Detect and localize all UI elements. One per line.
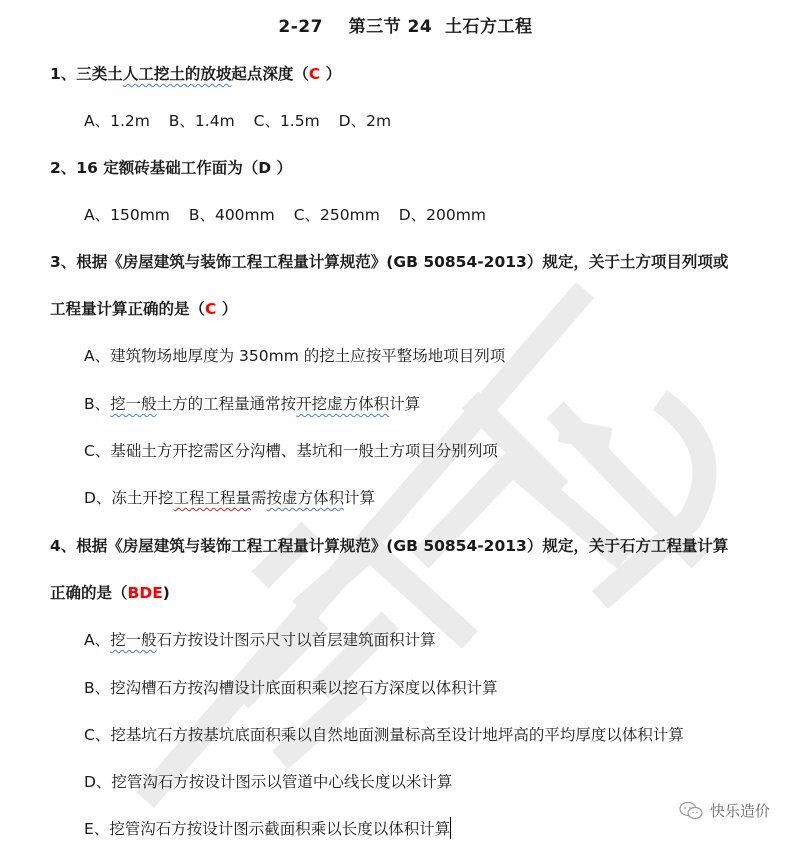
option-b: B、1.4m <box>169 112 235 130</box>
wechat-icon <box>678 801 704 821</box>
option-text: 土方的工程量通常按 <box>157 395 297 413</box>
question-2-options: A、150mm B、400mm C、250mm D、200mm <box>84 203 500 225</box>
stem-suffix: ） <box>216 300 237 318</box>
spellcheck-text: 开挖虚方体积 <box>296 395 389 413</box>
question-4-option-d: D、挖管沟石方按设计图示以管道中心线长度以米计算 <box>84 770 452 792</box>
stem-suffix: ） <box>320 65 341 83</box>
text-cursor <box>450 817 451 839</box>
answer-badge: BDE <box>128 584 163 602</box>
option-a: A、1.2m <box>84 112 150 130</box>
option-text: E、挖管沟石方按设计图示截面积乘以长度以体积计算 <box>84 820 450 838</box>
question-1-options: A、1.2m B、1.4m C、1.5m D、2m <box>84 109 405 131</box>
stem-text: 工程量计算正确的是（ <box>50 300 205 318</box>
question-3-option-c: C、基础土方开挖需区分沟槽、基坑和一般土方项目分别列项 <box>84 439 498 461</box>
page-title: 2-27 第三节 24 土石方工程 <box>0 12 811 37</box>
question-number: 3、 <box>50 253 76 271</box>
option-d: D、2m <box>339 112 391 130</box>
question-4-option-e[interactable]: E、挖管沟石方按设计图示截面积乘以长度以体积计算 <box>84 817 451 839</box>
option-a: A、150mm <box>84 206 170 224</box>
brand-watermark: 快乐造价 <box>678 800 770 821</box>
question-number: 1、 <box>50 65 76 83</box>
option-c: C、250mm <box>294 206 380 224</box>
option-text: 计算 <box>389 395 420 413</box>
stem-text: 根据《房屋建筑与装饰工程工程量计算规范》(GB 50854-2013）规定，关于… <box>76 537 728 555</box>
spellcheck-text: 按虚方体积 <box>266 489 344 507</box>
question-3-line-1: 3、根据《房屋建筑与装饰工程工程量计算规范》(GB 50854-2013）规定，… <box>50 250 728 272</box>
question-1: 1、三类土人工挖土的放坡起点深度（C ） <box>50 62 341 84</box>
brand-label: 快乐造价 <box>710 800 770 821</box>
question-4-option-b: B、挖沟槽石方按沟槽设计底面积乘以挖石方深度以体积计算 <box>84 676 498 698</box>
spellcheck-text: 挖一般 <box>110 631 157 649</box>
question-2: 2、16 定额砖基础工作面为（D ） <box>50 156 292 178</box>
stem-text: 16 定额砖基础工作面为（D ） <box>76 159 292 177</box>
option-text: A、 <box>84 631 110 649</box>
option-d: D、200mm <box>399 206 486 224</box>
stem-text-spellcheck: 人工挖土的放坡 <box>123 65 232 83</box>
answer-badge: C <box>205 300 216 318</box>
question-4-option-a: A、挖一般石方按设计图示尺寸以首层建筑面积计算 <box>84 628 436 650</box>
stem-text: 起点深度（ <box>231 65 309 83</box>
spellcheck-text: 工程工程量 <box>173 489 251 507</box>
option-text: 计算 <box>344 489 375 507</box>
option-text: 石方按设计图示尺寸以首层建筑面积计算 <box>157 631 436 649</box>
stem-text: 三类土 <box>76 65 123 83</box>
answer-badge: C <box>309 65 320 83</box>
stem-text: 根据《房屋建筑与装饰工程工程量计算规范》(GB 50854-2013）规定，关于… <box>76 253 728 271</box>
option-b: B、400mm <box>189 206 275 224</box>
option-c: C、1.5m <box>254 112 320 130</box>
spellcheck-text: 挖一般 <box>110 395 157 413</box>
option-text: 需 <box>251 489 267 507</box>
stem-suffix: ) <box>163 584 170 602</box>
question-4-line-2: 正确的是（BDE) <box>50 581 170 603</box>
question-3-option-b: B、挖一般土方的工程量通常按开挖虚方体积计算 <box>84 392 420 414</box>
question-3-option-d: D、冻土开挖工程工程量需按虚方体积计算 <box>84 486 375 508</box>
stem-text: 正确的是（ <box>50 584 128 602</box>
question-3-line-2: 工程量计算正确的是（C ） <box>50 297 237 319</box>
question-number: 2、 <box>50 159 76 177</box>
question-4-option-c: C、挖基坑石方按基坑底面积乘以自然地面测量标高至设计地坪高的平均厚度以体积计算 <box>84 723 684 745</box>
question-3-option-a: A、建筑物场地厚度为 350mm 的挖土应按平整场地项目列项 <box>84 344 505 366</box>
question-4-line-1: 4、根据《房屋建筑与装饰工程工程量计算规范》(GB 50854-2013）规定，… <box>50 534 728 556</box>
option-text: B、 <box>84 395 110 413</box>
option-text: D、冻土开挖 <box>84 489 173 507</box>
question-number: 4、 <box>50 537 76 555</box>
